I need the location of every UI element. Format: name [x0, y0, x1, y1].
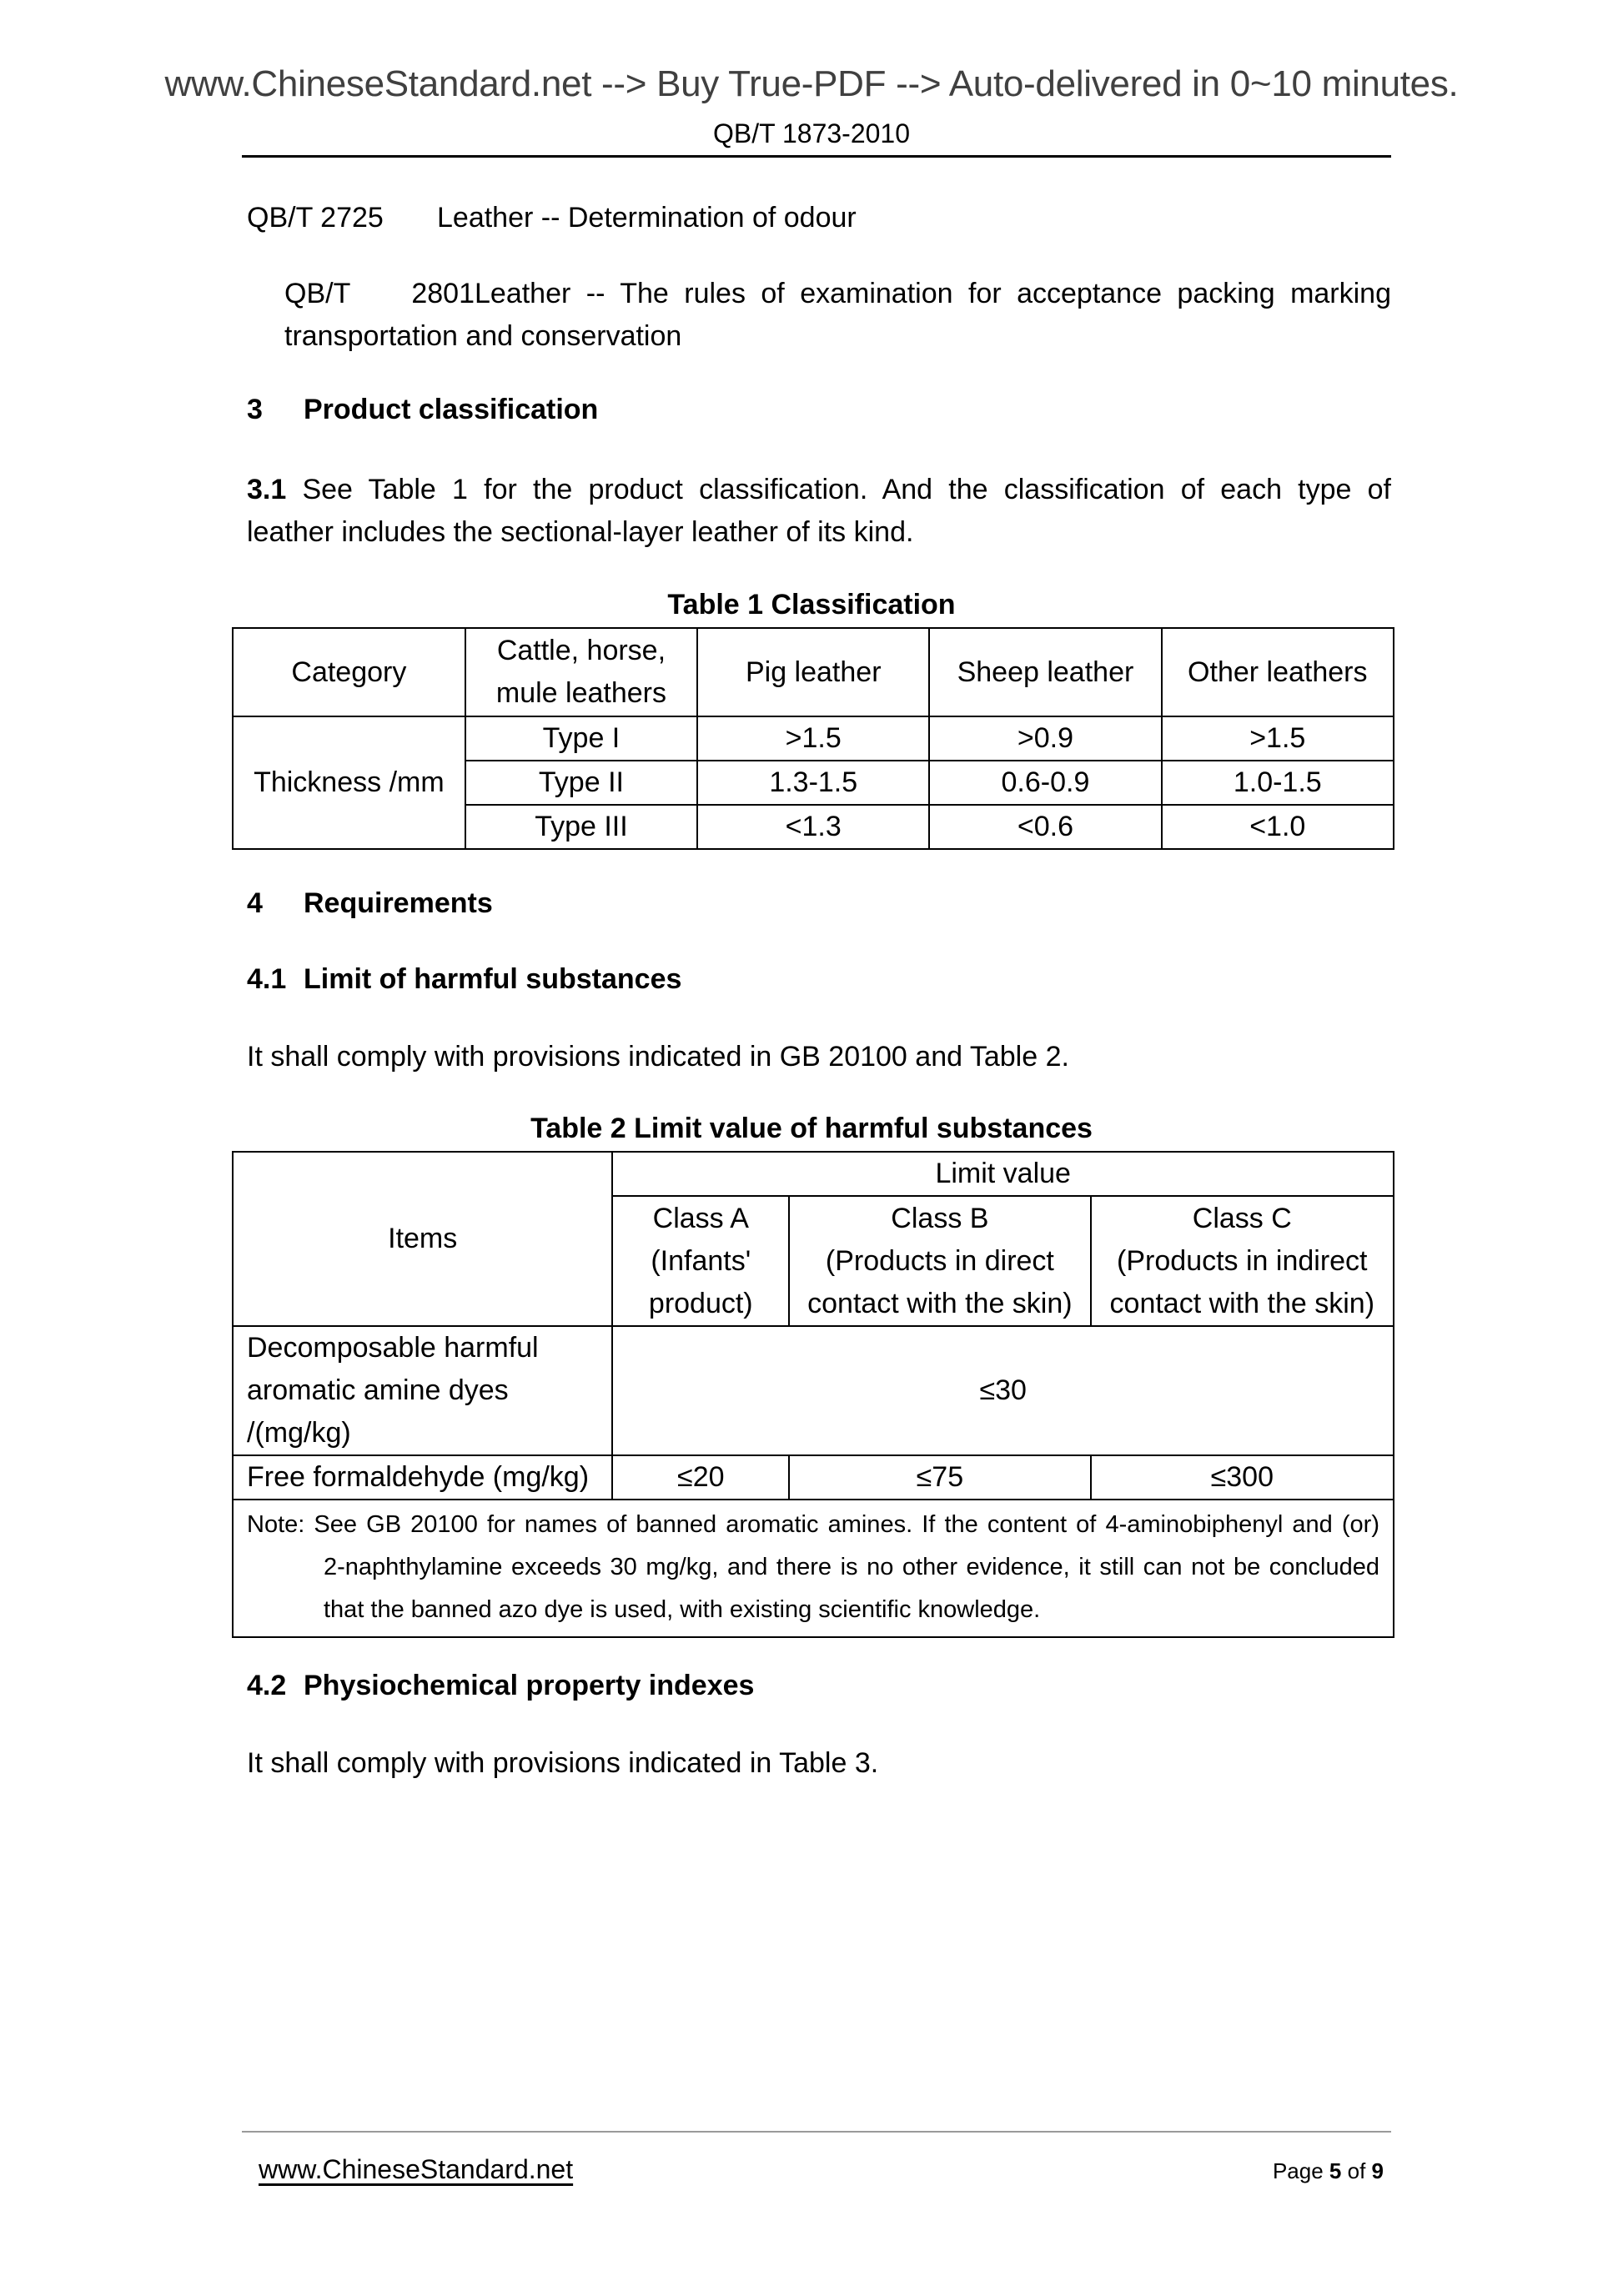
- reference-title: Leather -- The rules of examination for …: [475, 278, 1391, 309]
- table-note: Note: See GB 20100 for names of banned a…: [233, 1500, 1394, 1637]
- cell-sheep: 0.6-0.9: [929, 761, 1161, 805]
- header-class-a: Class A(Infants'product): [612, 1196, 789, 1326]
- cell-pig: <1.3: [697, 805, 929, 849]
- cell-type: Type III: [465, 805, 697, 849]
- cell-pig: 1.3-1.5: [697, 761, 929, 805]
- header-limit-value: Limit value: [612, 1152, 1394, 1196]
- cell-type: Type I: [465, 716, 697, 761]
- header-class-c: Class C(Products in indirectcontact with…: [1091, 1196, 1394, 1326]
- row-label-formaldehyde: Free formaldehyde (mg/kg): [233, 1455, 612, 1500]
- cell-sheep: >0.9: [929, 716, 1161, 761]
- reference-code: QB/T 2801: [284, 273, 475, 315]
- header-category: Category: [233, 628, 465, 716]
- cell-amine-limit: ≤30: [612, 1326, 1394, 1455]
- table-header-row: Items Limit value: [233, 1152, 1394, 1196]
- cell-class-b: ≤75: [789, 1455, 1090, 1500]
- promo-banner: www.ChineseStandard.net --> Buy True-PDF…: [0, 63, 1623, 105]
- table-2-caption: Table 2 Limit value of harmful substance…: [0, 1113, 1623, 1145]
- reference-title: Leather -- Determination of odour: [437, 202, 857, 234]
- cell-type: Type II: [465, 761, 697, 805]
- page-number: Page 5 of 9: [1273, 2158, 1384, 2184]
- table-header-row: Category Cattle, horse,mule leathers Pig…: [233, 628, 1394, 716]
- clause-3-1: 3.1 See Table 1 for the product classifi…: [247, 469, 1391, 554]
- reference-qbt2801: QB/T 2801Leather -- The rules of examina…: [284, 273, 1391, 358]
- reference-code: QB/T 2725: [247, 197, 437, 239]
- document-code: QB/T 1873-2010: [0, 118, 1623, 149]
- clause-4-1-heading: 4.1Limit of harmful substances: [247, 963, 681, 996]
- row-label-amine-dyes: Decomposable harmfularomatic amine dyes/…: [233, 1326, 612, 1455]
- cell-other: 1.0-1.5: [1162, 761, 1394, 805]
- section-3-heading: 3Product classification: [247, 394, 598, 426]
- header-items: Items: [233, 1152, 612, 1326]
- clause-4-2-heading: 4.2Physiochemical property indexes: [247, 1670, 754, 1702]
- reference-qbt2725: QB/T 2725Leather -- Determination of odo…: [247, 197, 857, 239]
- footer-website-link[interactable]: www.ChineseStandard.net: [259, 2154, 573, 2185]
- header-divider: [242, 155, 1391, 158]
- harmful-substances-table: Items Limit value Class A(Infants'produc…: [232, 1151, 1394, 1638]
- classification-table: Category Cattle, horse,mule leathers Pig…: [232, 627, 1394, 850]
- clause-4-2-text: It shall comply with provisions indicate…: [247, 1742, 1391, 1785]
- footer-divider: [242, 2131, 1391, 2133]
- table-row: Thickness /mm Type I >1.5 >0.9 >1.5: [233, 716, 1394, 761]
- cell-other: <1.0: [1162, 805, 1394, 849]
- header-pig: Pig leather: [697, 628, 929, 716]
- row-label-thickness: Thickness /mm: [233, 716, 465, 849]
- header-sheep: Sheep leather: [929, 628, 1161, 716]
- reference-continuation: transportation and conservation: [284, 315, 1391, 358]
- cell-sheep: <0.6: [929, 805, 1161, 849]
- cell-class-a: ≤20: [612, 1455, 789, 1500]
- cell-pig: >1.5: [697, 716, 929, 761]
- clause-4-1-text: It shall comply with provisions indicate…: [247, 1036, 1391, 1078]
- cell-class-c: ≤300: [1091, 1455, 1394, 1500]
- header-cattle-horse-mule: Cattle, horse,mule leathers: [465, 628, 697, 716]
- table-note-row: Note: See GB 20100 for names of banned a…: [233, 1500, 1394, 1637]
- header-class-b: Class B(Products in directcontact with t…: [789, 1196, 1090, 1326]
- section-4-heading: 4Requirements: [247, 887, 493, 920]
- table-row: Free formaldehyde (mg/kg) ≤20 ≤75 ≤300: [233, 1455, 1394, 1500]
- header-other: Other leathers: [1162, 628, 1394, 716]
- cell-other: >1.5: [1162, 716, 1394, 761]
- table-1-caption: Table 1 Classification: [0, 589, 1623, 621]
- table-row: Decomposable harmfularomatic amine dyes/…: [233, 1326, 1394, 1455]
